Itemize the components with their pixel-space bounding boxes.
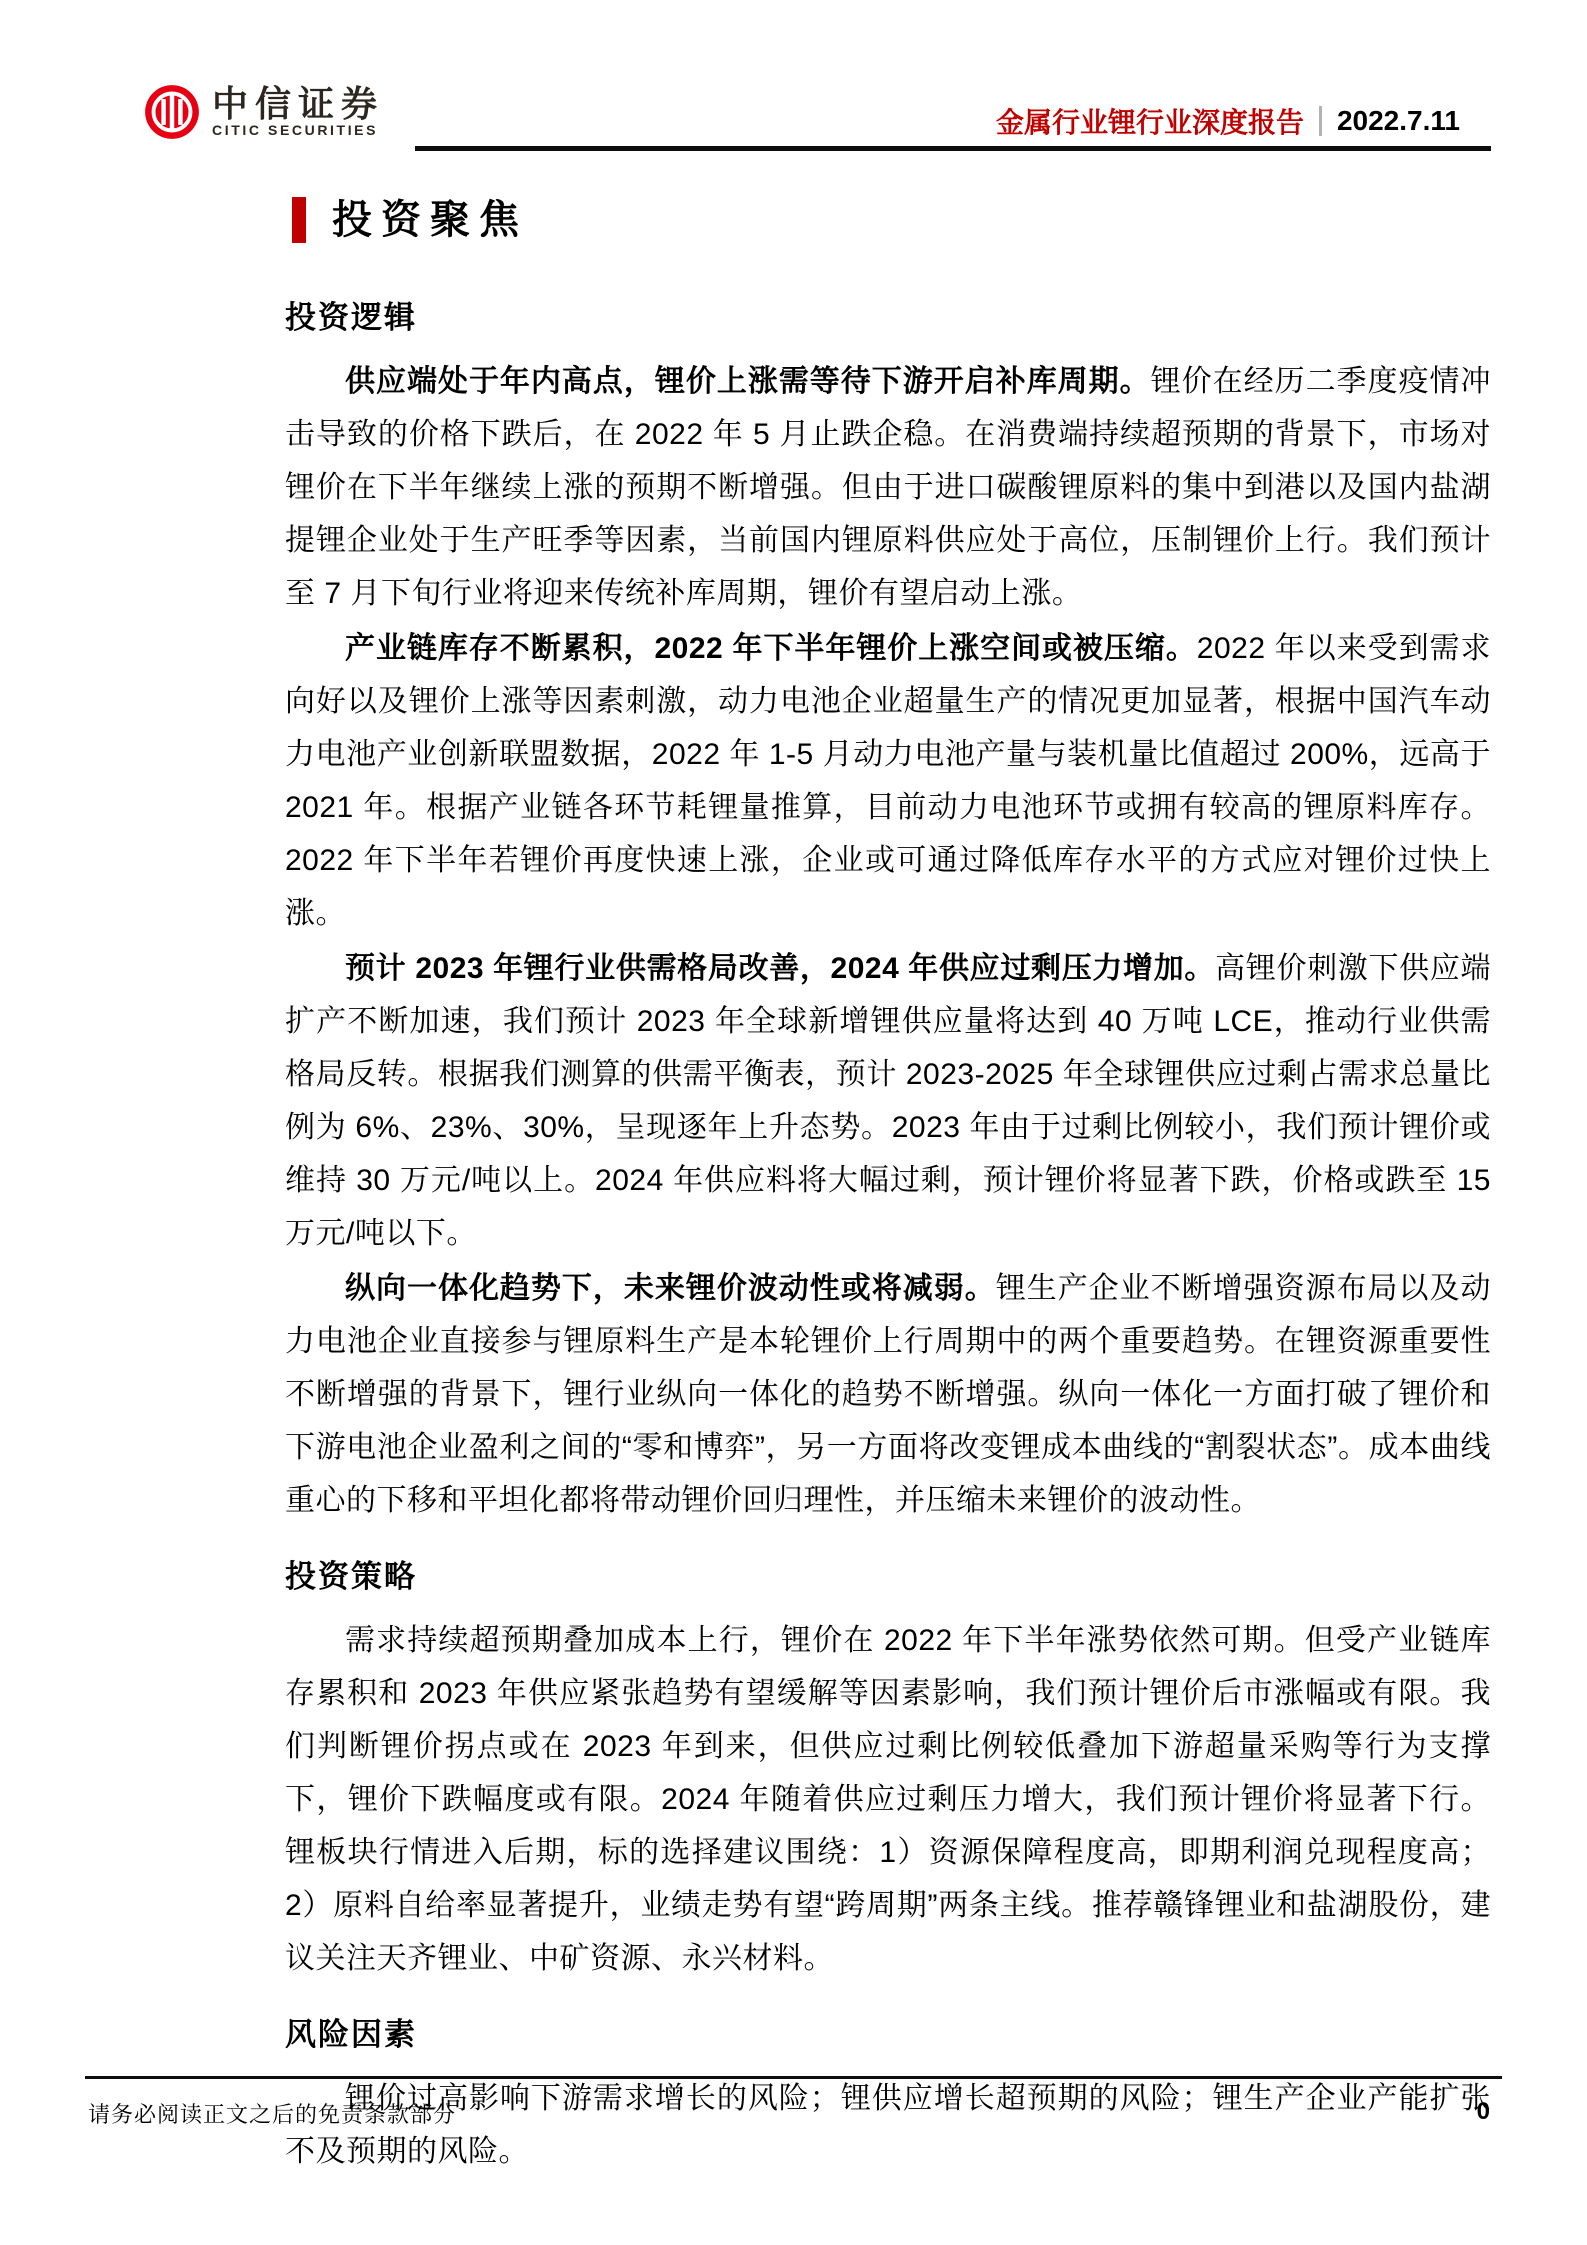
title-accent-bar: [292, 197, 306, 243]
report-page: 中信证券 CITIC SECURITIES 金属行业锂行业深度报告 2022.7…: [0, 0, 1587, 2245]
header-rule: [415, 146, 1491, 151]
page-title: 投资聚焦: [332, 196, 528, 244]
logo-name-en: CITIC SECURITIES: [212, 122, 384, 139]
paragraph-text: 需求持续超预期叠加成本上行，锂价在 2022 年下半年涨势依然可期。但受产业链库…: [285, 1624, 1491, 1975]
header-meta: 金属行业锂行业深度报告 2022.7.11: [996, 101, 1460, 141]
citic-logo-icon: [144, 84, 200, 140]
paragraph-lead: 预计 2023 年锂行业供需格局改善，2024 年供应过剩压力增加。: [345, 952, 1215, 985]
paragraph: 产业链库存不断累积，2022 年下半年锂价上涨空间或被压缩。2022 年以来受到…: [285, 622, 1491, 940]
paragraph: 纵向一体化趋势下，未来锂价波动性或将减弱。锂生产企业不断增强资源布局以及动力电池…: [285, 1262, 1491, 1527]
paragraph-lead: 纵向一体化趋势下，未来锂价波动性或将减弱。: [345, 1272, 996, 1305]
paragraph-lead: 产业链库存不断累积，2022 年下半年锂价上涨空间或被压缩。: [345, 632, 1197, 665]
paragraph: 供应端处于年内高点，锂价上涨需等待下游开启补库周期。锂价在经历二季度疫情冲击导致…: [285, 355, 1491, 620]
paragraph-text: 锂价在经历二季度疫情冲击导致的价格下跌后，在 2022 年 5 月止跌企稳。在消…: [285, 365, 1491, 610]
logo-text: 中信证券 CITIC SECURITIES: [212, 86, 384, 139]
paragraph-text: 2022 年以来受到需求向好以及锂价上涨等因素刺激，动力电池企业超量生产的情况更…: [285, 632, 1491, 930]
paragraph-text: 高锂价刺激下供应端扩产不断加速，我们预计 2023 年全球新增锂供应量将达到 4…: [285, 952, 1491, 1250]
header-divider: [1319, 106, 1322, 136]
report-type-label: 金属行业锂行业深度报告: [996, 101, 1304, 141]
section-heading: 风险因素: [285, 2013, 1491, 2056]
section-heading: 投资逻辑: [285, 296, 1491, 339]
paragraph-text: 锂生产企业不断增强资源布局以及动力电池企业直接参与锂原料生产是本轮锂价上行周期中…: [285, 1272, 1491, 1517]
footer-disclaimer: 请务必阅读正文之后的免责条款部分: [88, 2098, 456, 2129]
report-body: 投资逻辑供应端处于年内高点，锂价上涨需等待下游开启补库周期。锂价在经历二季度疫情…: [285, 268, 1491, 2180]
paragraph: 需求持续超预期叠加成本上行，锂价在 2022 年下半年涨势依然可期。但受产业链库…: [285, 1614, 1491, 1985]
section-heading: 投资策略: [285, 1555, 1491, 1598]
paragraph: 预计 2023 年锂行业供需格局改善，2024 年供应过剩压力增加。高锂价刺激下…: [285, 942, 1491, 1260]
footer: 请务必阅读正文之后的免责条款部分 0: [88, 2098, 1490, 2129]
citic-logo: 中信证券 CITIC SECURITIES: [144, 84, 384, 140]
page-title-block: 投资聚焦: [292, 196, 528, 244]
logo-name-cn: 中信证券: [212, 86, 384, 122]
report-date: 2022.7.11: [1337, 105, 1460, 137]
page-number: 0: [1477, 2098, 1490, 2126]
paragraph-lead: 供应端处于年内高点，锂价上涨需等待下游开启补库周期。: [345, 365, 1151, 398]
footer-rule: [85, 2076, 1502, 2079]
